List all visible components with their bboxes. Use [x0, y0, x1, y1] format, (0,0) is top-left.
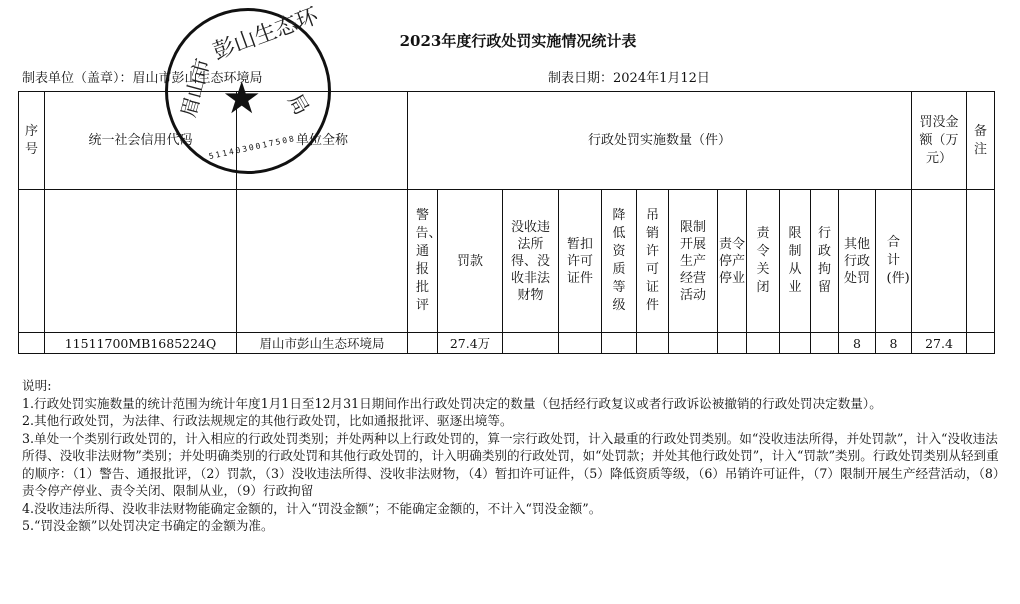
subheader-confiscation-text: 没收违法所得、没收非法财物: [510, 219, 552, 304]
subheader-warning-text: 警告、通报批评: [416, 207, 430, 315]
penalty-statistics-table: 序号 统一社会信用代码 单位全称 行政处罚实施数量（件） 罚没金额（万元） 备注…: [18, 91, 995, 354]
table-row: 11511700MB1685224Q 眉山市彭山生态环境局 27.4万 8 8 …: [19, 333, 995, 354]
header-remark-text: 备注: [974, 123, 988, 159]
subheader-order-suspend-text: 责令停产停业: [719, 236, 745, 287]
header-amount-blank: [912, 190, 967, 333]
header-remark: 备注: [967, 92, 995, 190]
cell-license-revoke: [637, 333, 669, 354]
subheader-other-text: 其他行政处罚: [844, 236, 870, 287]
note-item: 4.没收违法所得、没收非法财物能确定金额的，计入“罚没金额”；不能确定金额的，不…: [22, 500, 1007, 518]
subheader-warning: 警告、通报批评: [408, 190, 438, 333]
cell-total: 8: [876, 333, 912, 354]
document-title: 2023年度行政处罚实施情况统计表: [0, 30, 1020, 51]
subheader-other: 其他行政处罚: [839, 190, 876, 333]
prepared-date-label: 制表日期：: [548, 71, 613, 86]
header-index-text: 序号: [25, 123, 39, 159]
header-penalty-count-group: 行政处罚实施数量（件）: [408, 92, 912, 190]
prepared-by-value: 眉山市彭山生态环境局: [133, 71, 263, 86]
prepared-by: 制表单位（盖章）：眉山市彭山生态环境局: [22, 67, 263, 86]
subheader-qualification-lower: 降低资质等级: [602, 190, 637, 333]
subheader-license-suspend: 暂扣许可证件: [559, 190, 602, 333]
notes-heading: 说明:: [22, 377, 1007, 395]
subheader-confiscation: 没收违法所得、没收非法财物: [503, 190, 559, 333]
header-index: 序号: [19, 92, 45, 190]
cell-restrict-business: [669, 333, 718, 354]
note-item: 1.行政处罚实施数量的统计范围为统计年度1月1日至12月31日期间作出行政处罚决…: [22, 395, 1007, 413]
prepared-date-value: 2024年1月12日: [613, 71, 710, 86]
cell-warning: [408, 333, 438, 354]
header-row-main: 序号 统一社会信用代码 单位全称 行政处罚实施数量（件） 罚没金额（万元） 备注: [19, 92, 995, 190]
cell-other: 8: [839, 333, 876, 354]
cell-confiscation: [503, 333, 559, 354]
subheader-detention: 行政拘留: [811, 190, 839, 333]
cell-order-close: [747, 333, 780, 354]
cell-restrict-employment: [780, 333, 811, 354]
notes-section: 说明: 1.行政处罚实施数量的统计范围为统计年度1月1日至12月31日期间作出行…: [22, 377, 1007, 535]
header-unit-name-blank: [237, 190, 408, 333]
subheader-order-close-text: 责令关闭: [756, 225, 770, 297]
cell-index: [19, 333, 45, 354]
subheader-detention-text: 行政拘留: [818, 225, 832, 297]
header-index-blank: [19, 190, 45, 333]
cell-amount: 27.4: [912, 333, 967, 354]
prepared-date: 制表日期：2024年1月12日: [548, 67, 710, 86]
cell-credit-code: 11511700MB1685224Q: [45, 333, 237, 354]
subheader-qualification-lower-text: 降低资质等级: [612, 207, 626, 315]
document-title-text: 2023年度行政处罚实施情况统计表: [400, 32, 637, 50]
note-item: 5.“罚没金额”以处罚决定书确定的金额为准。: [22, 517, 1007, 535]
subheader-restrict-business: 限制开展生产经营活动: [669, 190, 718, 333]
note-item: 2.其他行政处罚，为法律、行政法规规定的其他行政处罚，比如通报批评、驱逐出境等。: [22, 412, 1007, 430]
header-row-sub: 警告、通报批评 罚款 没收违法所得、没收非法财物 暂扣许可证件 降低资质等级 吊…: [19, 190, 995, 333]
cell-qualification-lower: [602, 333, 637, 354]
subheader-restrict-employment-text: 限制从业: [788, 225, 802, 297]
subheader-license-revoke-text: 吊销许可证件: [646, 207, 660, 315]
note-item: 3.单处一个类别行政处罚的，计入相应的行政处罚类别；并处两种以上行政处罚的，算一…: [22, 430, 1007, 500]
prepared-by-label: 制表单位（盖章）：: [22, 71, 133, 86]
cell-fine: 27.4万: [438, 333, 503, 354]
cell-unit-name: 眉山市彭山生态环境局: [237, 333, 408, 354]
cell-license-suspend: [559, 333, 602, 354]
subheader-total-text: 合计(件): [887, 234, 901, 288]
subheader-order-suspend: 责令停产停业: [718, 190, 747, 333]
header-credit-code: 统一社会信用代码: [45, 92, 237, 190]
header-remark-blank: [967, 190, 995, 333]
subheader-fine: 罚款: [438, 190, 503, 333]
subheader-restrict-employment: 限制从业: [780, 190, 811, 333]
subheader-license-suspend-text: 暂扣许可证件: [565, 236, 595, 287]
header-unit-name: 单位全称: [237, 92, 408, 190]
subheader-license-revoke: 吊销许可证件: [637, 190, 669, 333]
cell-detention: [811, 333, 839, 354]
cell-order-suspend: [718, 333, 747, 354]
header-amount-text: 罚没金额（万元）: [914, 114, 964, 168]
header-amount: 罚没金额（万元）: [912, 92, 967, 190]
subheader-order-close: 责令关闭: [747, 190, 780, 333]
cell-remark: [967, 333, 995, 354]
subheader-total: 合计(件): [876, 190, 912, 333]
subheader-restrict-business-text: 限制开展生产经营活动: [678, 219, 708, 304]
header-credit-code-blank: [45, 190, 237, 333]
